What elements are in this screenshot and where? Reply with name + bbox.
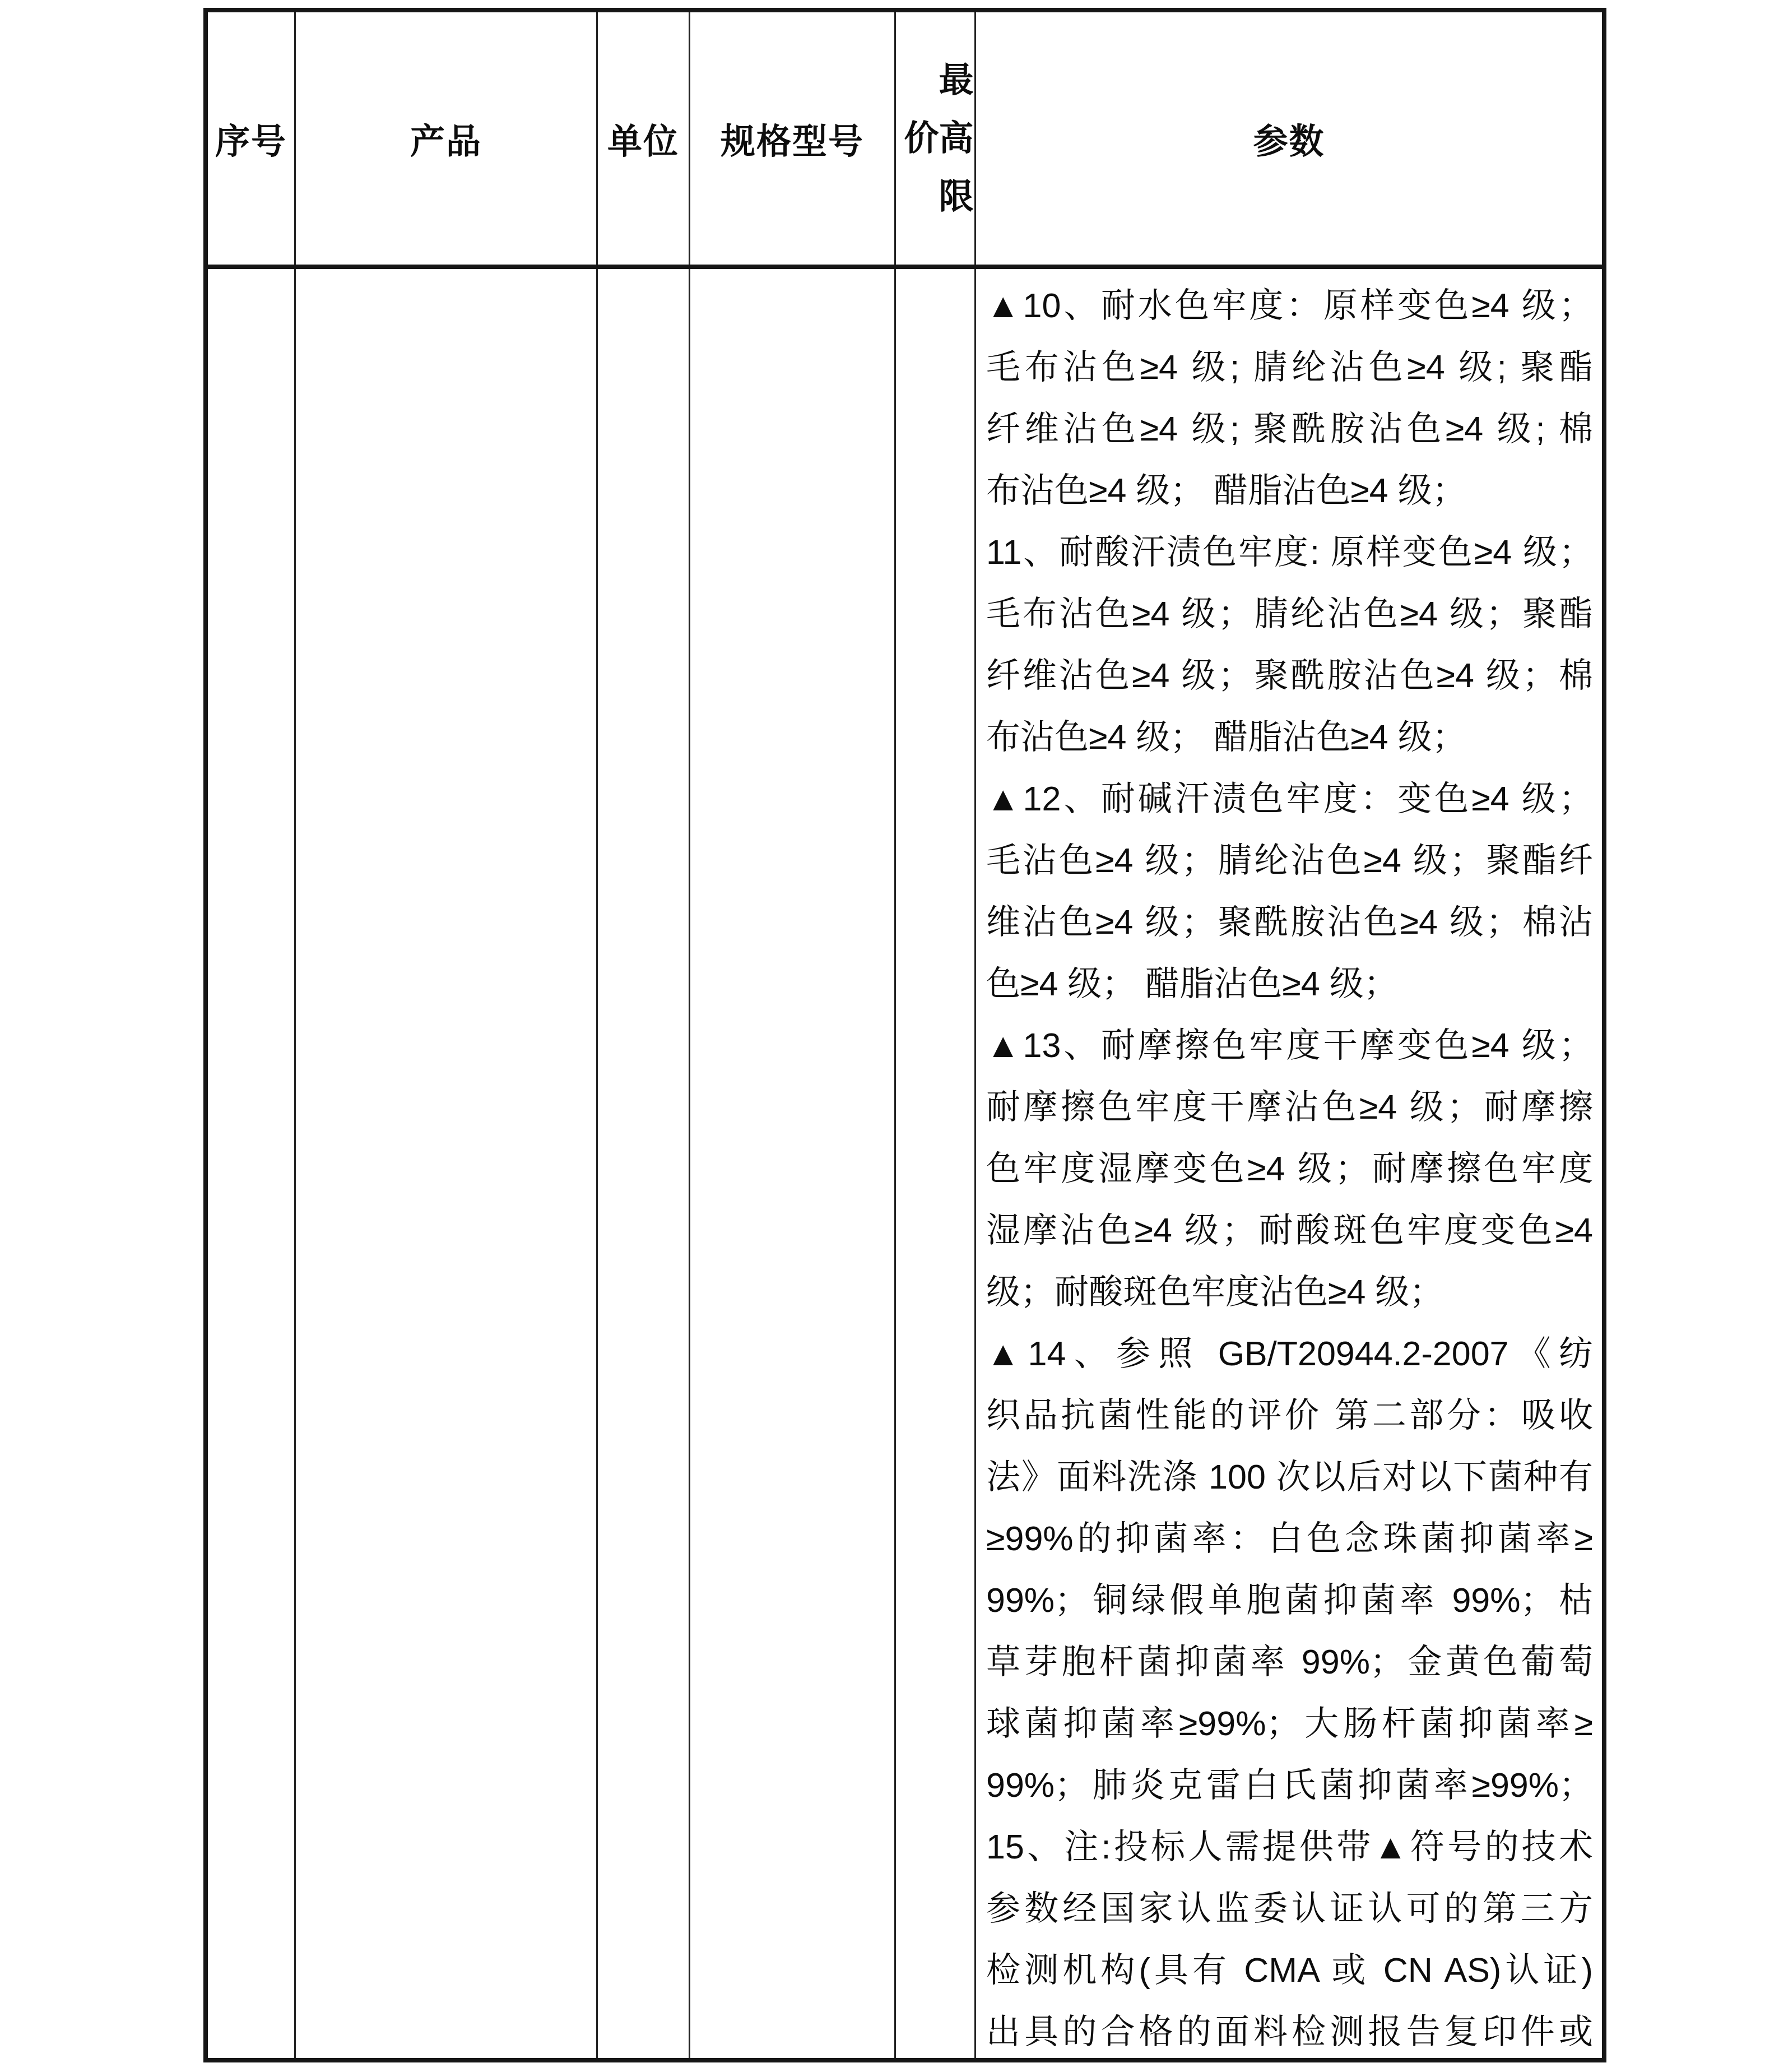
param-text-line: 纤维沾色≥4 级; 聚酰胺沾色≥4 级; 棉	[986, 398, 1593, 460]
param-text-line: ≥99%的抑菌率：白色念珠菌抑菌率≥	[986, 1508, 1593, 1569]
cell-unit	[598, 269, 690, 2058]
param-text-line: 15、注:投标人需提供带▲符号的技术	[986, 1816, 1593, 1878]
param-text-line: 99%；铜绿假单胞菌抑菌率 99%；枯	[986, 1569, 1593, 1631]
header-label-spec: 规格型号	[721, 114, 864, 164]
param-text-line: 毛布沾色≥4 级; 腈纶沾色≥4 级; 聚酯	[986, 336, 1593, 398]
param-text-line: 11、耐酸汗渍色牢度: 原样变色≥4 级；	[986, 521, 1593, 583]
cell-index	[208, 269, 296, 2058]
header-label-max-price: 最高限价	[900, 12, 970, 265]
param-text-line: 毛沾色≥4 级；腈纶沾色≥4 级；聚酯纤	[986, 829, 1593, 891]
param-text-line: 99%；肺炎克雷白氏菌抑菌率≥99%；	[986, 1754, 1593, 1816]
cell-product	[296, 269, 598, 2058]
param-text-line: 出具的合格的面料检测报告复印件或	[986, 2001, 1593, 2058]
param-text-line: 色牢度湿摩变色≥4 级；耐摩擦色牢度	[986, 1138, 1593, 1199]
param-text-line: 球菌抑菌率≥99%；大肠杆菌抑菌率≥	[986, 1693, 1593, 1754]
header-cell-unit: 单位	[598, 12, 690, 265]
param-text-line: 毛布沾色≥4 级；腈纶沾色≥4 级；聚酯	[986, 583, 1593, 645]
param-text-line: ▲13、耐摩擦色牢度干摩变色≥4 级；	[986, 1014, 1593, 1076]
document-page: 序号 产品 单位 规格型号 最高限价 参数 ▲10、耐水色牢度	[0, 0, 1779, 2072]
cell-spec	[690, 269, 896, 2058]
header-cell-max-price: 最高限价	[896, 12, 976, 265]
table-body-row: ▲10、耐水色牢度：原样变色≥4 级；毛布沾色≥4 级; 腈纶沾色≥4 级; 聚…	[208, 269, 1602, 2058]
param-text-line: 湿摩沾色≥4 级；耐酸斑色牢度变色≥4	[986, 1199, 1593, 1261]
header-cell-index: 序号	[208, 12, 296, 265]
param-text-line: 色≥4 级； 醋脂沾色≥4 级；	[986, 953, 1593, 1014]
header-label-params: 参数	[1253, 114, 1325, 164]
header-cell-spec: 规格型号	[690, 12, 896, 265]
param-text-line: 维沾色≥4 级；聚酰胺沾色≥4 级；棉沾	[986, 891, 1593, 953]
param-text-line: 级；耐酸斑色牢度沾色≥4 级；	[986, 1261, 1593, 1323]
param-text-line: 草芽胞杆菌抑菌率 99%；金黄色葡萄	[986, 1631, 1593, 1693]
param-text-line: 纤维沾色≥4 级；聚酰胺沾色≥4 级；棉	[986, 645, 1593, 706]
param-text-line: 布沾色≥4 级； 醋脂沾色≥4 级；	[986, 706, 1593, 768]
param-text-line: 检测机构(具有 CMA 或 CN AS)认证)	[986, 1939, 1593, 2001]
header-label-unit: 单位	[607, 114, 679, 164]
param-text-line: ▲12、耐碱汗渍色牢度：变色≥4 级；	[986, 768, 1593, 829]
header-label-index: 序号	[215, 114, 287, 164]
cell-max-price	[896, 269, 976, 2058]
param-text-line: 参数经国家认监委认证认可的第三方	[986, 1878, 1593, 1939]
header-cell-params: 参数	[976, 12, 1602, 265]
header-label-product: 产品	[410, 114, 482, 164]
param-text-line: 织品抗菌性能的评价 第二部分：吸收	[986, 1384, 1593, 1446]
param-text-line: 法》面料洗涤 100 次以后对以下菌种有	[986, 1446, 1593, 1508]
product-spec-table: 序号 产品 单位 规格型号 最高限价 参数 ▲10、耐水色牢度	[203, 8, 1606, 2062]
param-text-line: 布沾色≥4 级； 醋脂沾色≥4 级；	[986, 460, 1593, 521]
table-header-row: 序号 产品 单位 规格型号 最高限价 参数	[208, 12, 1602, 269]
param-text-line: ▲10、耐水色牢度：原样变色≥4 级；	[986, 275, 1593, 336]
header-cell-product: 产品	[296, 12, 598, 265]
param-text-line: 耐摩擦色牢度干摩沾色≥4 级；耐摩擦	[986, 1076, 1593, 1138]
cell-params: ▲10、耐水色牢度：原样变色≥4 级；毛布沾色≥4 级; 腈纶沾色≥4 级; 聚…	[976, 269, 1602, 2058]
param-text-line: ▲14、参照 GB/T20944.2-2007《纺	[986, 1323, 1593, 1384]
